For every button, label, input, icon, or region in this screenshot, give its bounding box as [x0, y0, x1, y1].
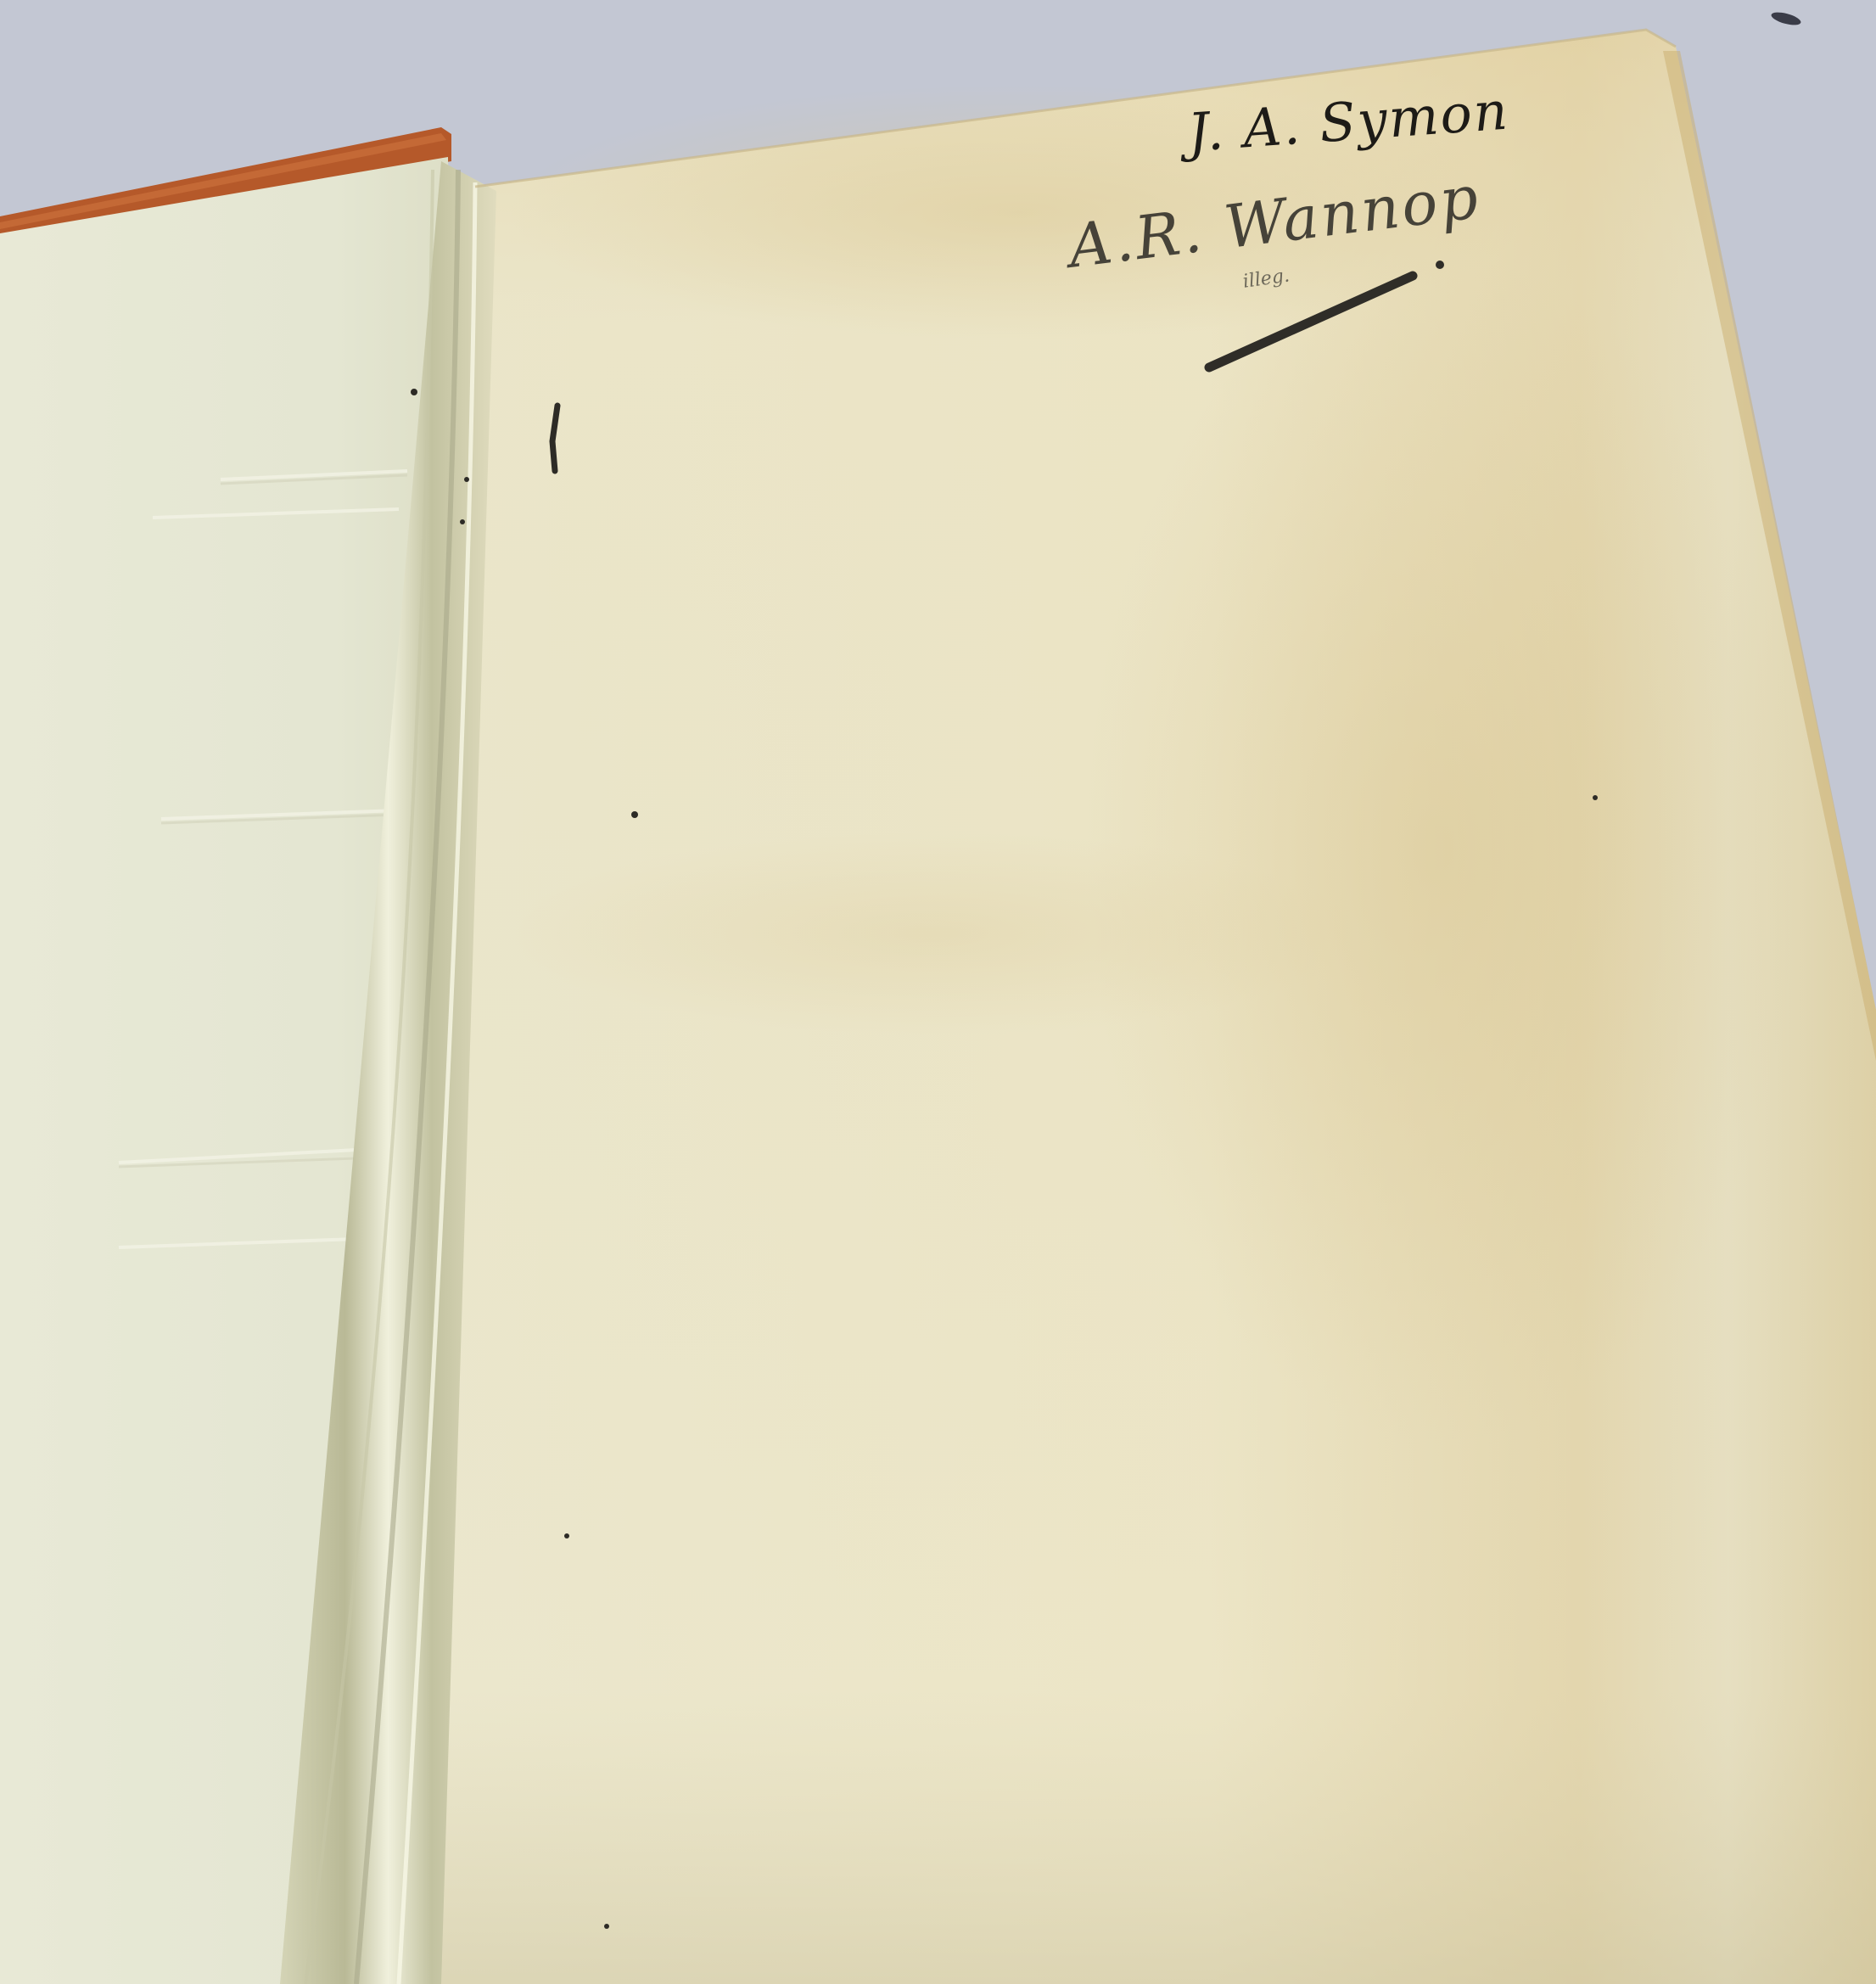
book-illustration: [0, 0, 1876, 1984]
book-photo: J. A. Symon A.R. Wannop illeg.: [0, 0, 1876, 1984]
